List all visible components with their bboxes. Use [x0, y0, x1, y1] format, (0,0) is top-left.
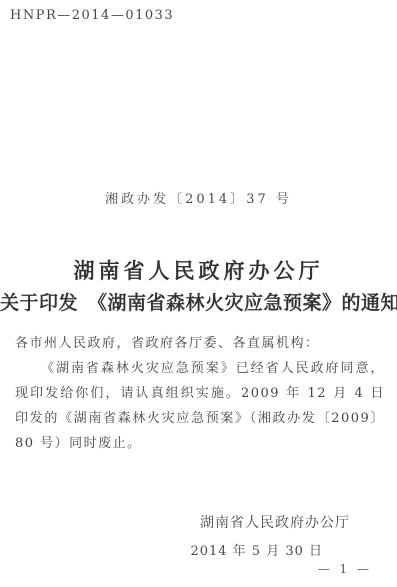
signature-issuer: 湖南省人民政府办公厅	[200, 512, 350, 532]
document-page: HNPR—2014—01033 湘政办发〔2014〕37 号 湖南省人民政府办公…	[0, 0, 397, 587]
page-number: — 1 —	[318, 562, 372, 576]
body-paragraph: 《湖南省森林火灾应急预案》已经省人民政府同意，现印发给你们，请认真组织实施。20…	[15, 356, 385, 456]
document-registration-number: HNPR—2014—01033	[10, 8, 174, 23]
document-issue-number: 湘政办发〔2014〕37 号	[0, 188, 397, 207]
signature-date: 2014 年 5 月 30 日	[190, 540, 323, 559]
document-body: 各市州人民政府，省政府各厅委、各直属机构： 《湖南省森林火灾应急预案》已经省人民…	[15, 331, 385, 456]
salutation-line: 各市州人民政府，省政府各厅委、各直属机构：	[15, 331, 385, 356]
document-title-issuer: 湖南省人民政府办公厅	[0, 255, 397, 285]
document-title-subject: 关于印发 《湖南省森林火灾应急预案》的通知	[0, 288, 397, 315]
